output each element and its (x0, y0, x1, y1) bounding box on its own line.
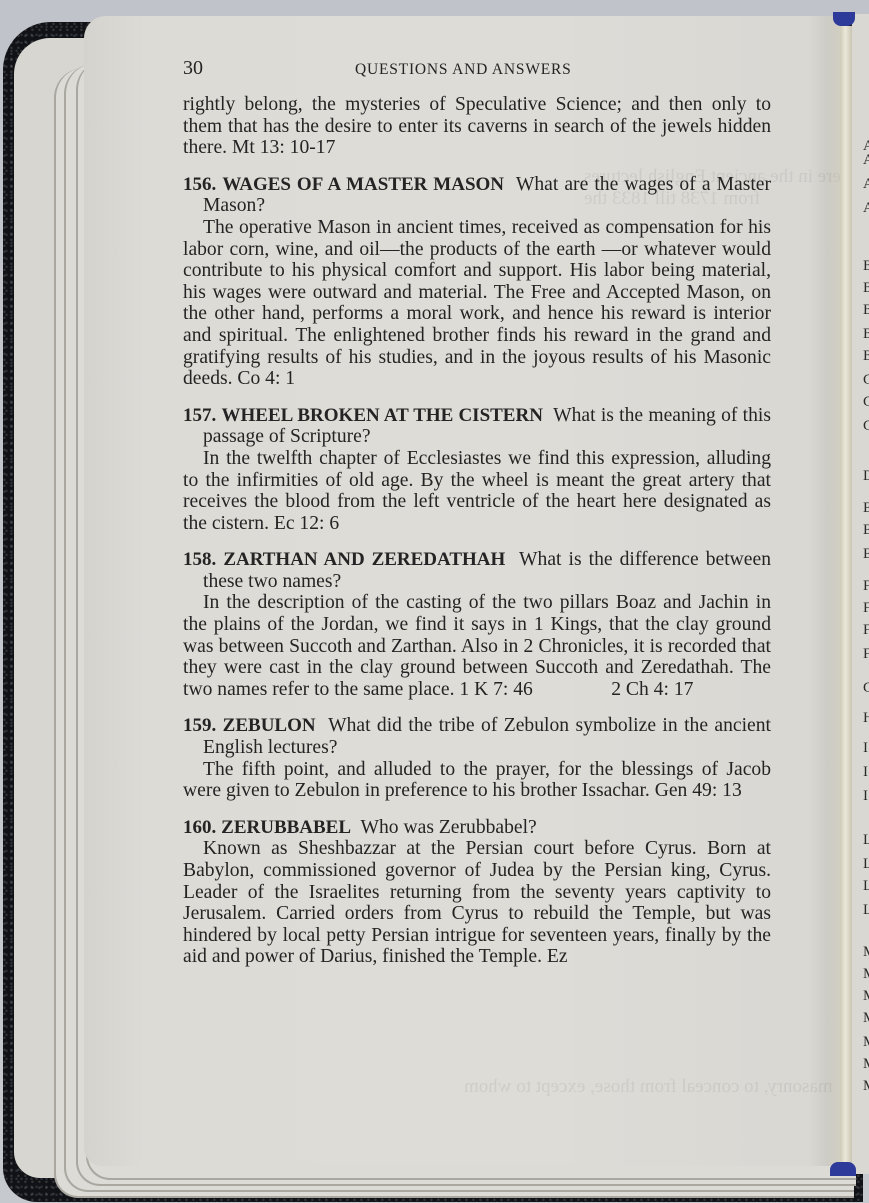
entry-number: 159. (183, 715, 216, 736)
continuation-paragraph: rightly belong, the mysteries of Specula… (183, 94, 771, 159)
entry-answer: Known as Sheshbazzar at the Persian cour… (183, 838, 771, 968)
running-head-title: QUESTIONS AND ANSWERS (355, 59, 572, 81)
thumb-index-letter: D (863, 468, 869, 485)
page-text: 30 QUESTIONS AND ANSWERS rightly belong,… (183, 58, 771, 968)
thumb-index-letter: E (863, 522, 869, 539)
thumb-index-letter: C (863, 418, 869, 435)
thumb-index-letter: B (863, 258, 869, 275)
entry-question: Who was Zerubbabel? (360, 817, 536, 838)
thumb-index-letter: M (863, 944, 869, 961)
entry-title: ZARTHAN AND ZEREDATHAH (223, 549, 505, 570)
entry-number: 158. (183, 549, 216, 570)
thumb-index-letter: M (863, 1078, 869, 1095)
photo-scene: They were in the ancient English lecture… (0, 0, 869, 1203)
entry-number: 156. (183, 174, 216, 195)
thumb-index-letter: M (863, 966, 869, 983)
thumb-index-letter: B (863, 280, 869, 297)
thumb-index-letter: I (863, 764, 868, 781)
qa-entry-157: 157. WHEEL BROKEN AT THE CISTERN What is… (183, 405, 771, 535)
thumb-index-letter: L (863, 902, 869, 919)
thumb-index-letter: B (863, 302, 869, 319)
thumb-index-letter: A (863, 152, 869, 169)
bleed-through-text: masonry, to conceal from those, except t… (464, 1076, 833, 1098)
thumb-index-letter: L (863, 878, 869, 895)
qa-entry-156: 156. WAGES OF A MASTER MASON What are th… (183, 174, 771, 390)
thumb-index-letter: E (863, 500, 869, 517)
thumb-index-letter: E (863, 546, 869, 563)
thumb-index-letter: M (863, 1010, 869, 1027)
entry-answer: The operative Mason in ancient times, re… (183, 217, 771, 390)
question-line: 156. WAGES OF A MASTER MASON What are th… (183, 174, 771, 217)
entry-answer: The fifth point, and alluded to the pray… (183, 759, 771, 802)
thumb-index-letter: I (863, 740, 868, 757)
thumb-index-letter: A (863, 200, 869, 217)
thumb-index-letter: L (863, 832, 869, 849)
qa-entry-158: 158. ZARTHAN AND ZEREDATHAH What is the … (183, 549, 771, 700)
thumb-index-letter: F (863, 600, 869, 617)
question-line: 160. ZERUBBABEL Who was Zerubbabel? (183, 817, 771, 839)
entry-answer: In the description of the casting of the… (183, 592, 771, 700)
thumb-index-letter: G (863, 680, 869, 697)
thumb-index-letter: F (863, 578, 869, 595)
page-number: 30 (183, 58, 355, 80)
entry-title: ZEBULON (223, 715, 316, 736)
thumb-index-letter: B (863, 326, 869, 343)
thumb-index-tabs: AAAABBBBBCCCDEEEFFFFGHIIILLLLMMMMMMM (863, 0, 869, 1203)
question-line: 158. ZARTHAN AND ZEREDATHAH What is the … (183, 549, 771, 592)
ribbon-clip-bottom (830, 1162, 856, 1176)
thumb-index-letter: M (863, 988, 869, 1005)
question-line: 159. ZEBULON What did the tribe of Zebul… (183, 715, 771, 758)
thumb-index-letter: L (863, 856, 869, 873)
entry-number: 157. (183, 405, 216, 426)
ribbon-clip-top (833, 12, 855, 26)
entry-title: ZERUBBABEL (221, 817, 351, 838)
entry-title: WAGES OF A MASTER MASON (222, 174, 504, 195)
spine-gutter (840, 26, 852, 1166)
thumb-index-letter: M (863, 1056, 869, 1073)
page-gutter-shadow (810, 16, 840, 1166)
thumb-index-letter: C (863, 372, 869, 389)
entry-title: WHEEL BROKEN AT THE CISTERN (222, 405, 543, 426)
thumb-index-letter: A (863, 176, 869, 193)
thumb-index-letter: C (863, 394, 869, 411)
question-line: 157. WHEEL BROKEN AT THE CISTERN What is… (183, 405, 771, 448)
qa-entry-160: 160. ZERUBBABEL Who was Zerubbabel? Know… (183, 817, 771, 968)
thumb-index-letter: I (863, 788, 868, 805)
thumb-index-letter: F (863, 622, 869, 639)
entry-answer: In the twelfth chapter of Ecclesiastes w… (183, 448, 771, 534)
entry-number: 160. (183, 817, 216, 838)
running-head: 30 QUESTIONS AND ANSWERS (183, 58, 771, 86)
thumb-index-letter: M (863, 1034, 869, 1051)
thumb-index-letter: B (863, 348, 869, 365)
qa-entry-159: 159. ZEBULON What did the tribe of Zebul… (183, 715, 771, 801)
thumb-index-letter: F (863, 646, 869, 663)
thumb-index-letter: H (863, 710, 869, 727)
